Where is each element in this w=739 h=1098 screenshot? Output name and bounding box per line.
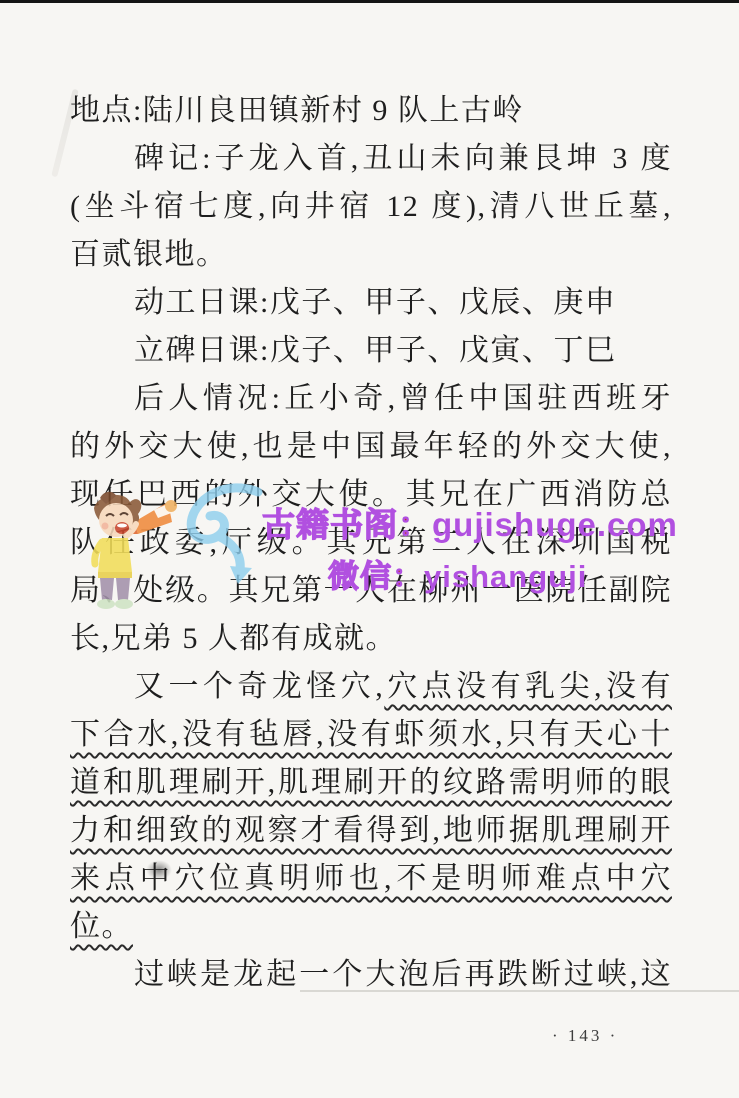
- text-segment: 立碑日课:戊子、甲子、戊寅、丁巳: [134, 334, 616, 367]
- text-segment: (坐斗宿七度,向井宿 12 度),清八世丘墓,: [70, 190, 672, 223]
- text-line: 立碑日课:戊子、甲子、戊寅、丁巳: [70, 327, 672, 375]
- text-segment: 长,兄弟 5 人都有成就。: [70, 622, 397, 655]
- text-line: 长,兄弟 5 人都有成就。: [70, 615, 672, 663]
- text-line: 后人情况:丘小奇,曾任中国驻西班牙: [70, 375, 672, 423]
- emphasized-text: 来点中穴位真明师也,不是明师难点中穴: [70, 862, 672, 895]
- emphasized-text: 穴点没有乳尖,没有: [384, 670, 672, 703]
- text-line: 位。: [70, 903, 672, 951]
- text-line: 道和肌理刷开,肌理刷开的纹路需明师的眼: [70, 759, 672, 807]
- scan-edge-strip: [0, 0, 739, 3]
- text-line: 动工日课:戊子、甲子、戊辰、庚申: [70, 279, 672, 327]
- text-line: 地点:陆川良田镇新村 9 队上古岭: [70, 87, 672, 135]
- text-line: 下合水,没有毡唇,没有虾须水,只有天心十: [70, 711, 672, 759]
- text-segment: 地点:陆川良田镇新村 9 队上古岭: [70, 94, 524, 127]
- text-line: 来点中穴位真明师也,不是明师难点中穴: [70, 855, 672, 903]
- text-segment: 过峡是龙起一个大泡后再跌断过峡,这: [134, 958, 672, 991]
- text-line: 现任巴西的外交大使。其兄在广西消防总: [70, 471, 672, 519]
- page-number: · 143 ·: [552, 1026, 618, 1046]
- text-line: 力和细致的观察才看得到,地师据肌理刷开: [70, 807, 672, 855]
- emphasized-text: 位。: [70, 910, 133, 943]
- text-segment: 现任巴西的外交大使。其兄在广西消防总: [70, 478, 672, 511]
- text-line: (坐斗宿七度,向井宿 12 度),清八世丘墓,: [70, 183, 672, 231]
- text-line: 又一个奇龙怪穴,穴点没有乳尖,没有: [70, 663, 672, 711]
- text-line: 过峡是龙起一个大泡后再跌断过峡,这: [70, 951, 672, 999]
- text-line: 局、处级。其兄第一人在柳州一医院任副院: [70, 567, 672, 615]
- text-segment: 百贰银地。: [70, 238, 228, 271]
- emphasized-text: 道和肌理刷开,肌理刷开的纹路需明师的眼: [70, 766, 672, 799]
- text-segment: 的外交大使,也是中国最年轻的外交大使,: [70, 430, 672, 463]
- text-segment: 动工日课:戊子、甲子、戊辰、庚申: [134, 286, 616, 319]
- text-line: 碑记:子龙入首,丑山未向兼艮坤 3 度: [70, 135, 672, 183]
- text-line: 百贰银地。: [70, 231, 672, 279]
- text-line: 的外交大使,也是中国最年轻的外交大使,: [70, 423, 672, 471]
- text-segment: 后人情况:丘小奇,曾任中国驻西班牙: [134, 382, 672, 415]
- scanned-book-page: { "page": { "number_label": "· 143 ·" },…: [0, 0, 739, 1098]
- emphasized-text: 下合水,没有毡唇,没有虾须水,只有天心十: [70, 718, 672, 751]
- text-segment: 队任政委,厅级。其兄第二人在深圳国税: [70, 526, 672, 559]
- text-segment: 碑记:子龙入首,丑山未向兼艮坤 3 度: [134, 142, 672, 175]
- text-segment: 又一个奇龙怪穴,: [134, 670, 384, 703]
- text-line: 队任政委,厅级。其兄第二人在深圳国税: [70, 519, 672, 567]
- text-lines: 地点:陆川良田镇新村 9 队上古岭碑记:子龙入首,丑山未向兼艮坤 3 度(坐斗宿…: [70, 87, 672, 999]
- emphasized-text: 力和细致的观察才看得到,地师据肌理刷开: [70, 814, 672, 847]
- text-segment: 局、处级。其兄第一人在柳州一医院任副院: [70, 574, 672, 607]
